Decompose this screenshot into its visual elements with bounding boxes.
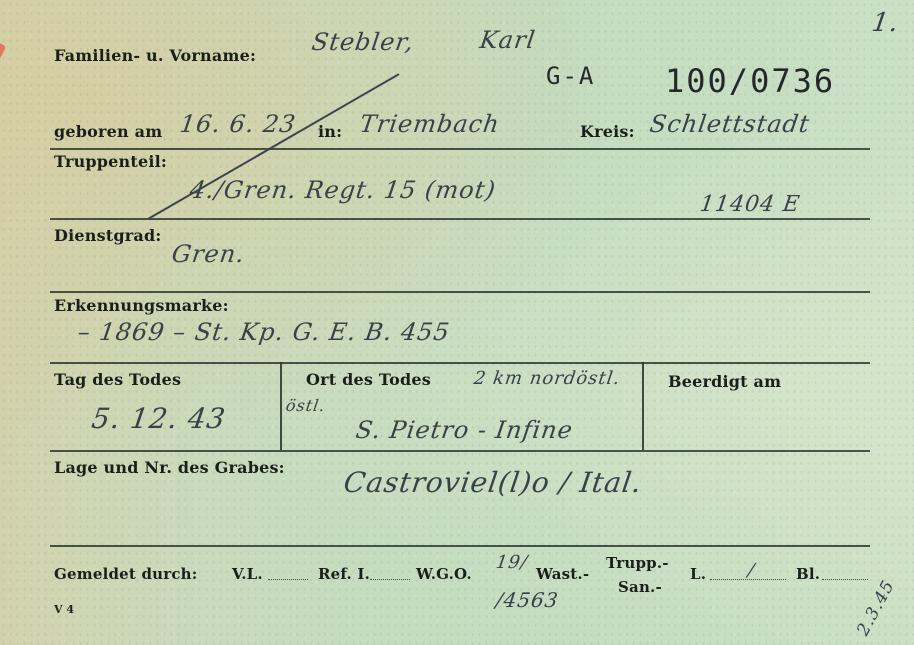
l-label: L.: [690, 565, 706, 583]
column-divider: [642, 362, 644, 450]
form-code: V 4: [54, 603, 74, 616]
rank-label: Dienstgrad:: [54, 226, 161, 245]
divider: [50, 148, 870, 150]
birth-date-value: 16. 6. 23: [178, 110, 298, 138]
district-value: Schlettstadt: [648, 110, 812, 138]
death-place-line1-cont: östl.: [285, 396, 327, 415]
burial-date-label: Beerdigt am: [668, 372, 781, 391]
district-label: Kreis:: [580, 122, 635, 141]
wgo-value-top: 19/: [495, 552, 530, 573]
death-place-label: Ort des Todes: [306, 370, 431, 389]
unit-code: 11404 E: [698, 192, 802, 217]
death-place-line2: S. Pietro - Infine: [354, 416, 575, 444]
vl-label: V.L.: [232, 565, 263, 583]
divider: [50, 218, 870, 220]
surname-value: Stebler,: [310, 28, 416, 56]
column-divider: [280, 362, 282, 450]
death-date-label: Tag des Todes: [54, 370, 181, 389]
divider: [50, 291, 870, 293]
index-card: 1. Familien- u. Vorname: Stebler, Karl G…: [0, 0, 914, 645]
corner-number: 1.: [870, 8, 901, 38]
divider: [50, 450, 870, 452]
wast-label: Wast.-: [536, 565, 589, 583]
death-date-value: 5. 12. 43: [90, 402, 228, 435]
vl-dots: [268, 579, 308, 580]
divider: [50, 362, 870, 364]
birth-date-label: geboren am: [54, 122, 162, 141]
id-tag-label: Erkennungsmarke:: [54, 296, 229, 315]
file-prefix: G-A: [546, 62, 595, 90]
id-tag-value: – 1869 – St. Kp. G. E. B. 455: [76, 318, 452, 346]
birth-place-label: in:: [318, 122, 342, 141]
wgo-value-bottom: /4563: [494, 588, 560, 612]
reported-by-label: Gemeldet durch:: [54, 565, 198, 583]
grave-value: Castroviel(l)o / Ital.: [342, 466, 645, 499]
birth-place-value: Triembach: [358, 110, 502, 138]
unit-label: Truppenteil:: [54, 152, 167, 171]
bl-dots: [822, 579, 868, 580]
divider: [50, 545, 870, 547]
bl-label: Bl.: [796, 565, 820, 583]
file-number: 100/0736: [665, 62, 835, 100]
given-name-value: Karl: [478, 26, 537, 54]
san-label: San.-: [618, 578, 662, 596]
rank-value: Gren.: [170, 240, 247, 268]
name-label: Familien- u. Vorname:: [54, 46, 256, 65]
grave-label: Lage und Nr. des Grabes:: [54, 458, 285, 477]
wgo-label: W.G.O.: [416, 565, 472, 583]
unit-value: 4./Gren. Regt. 15 (mot): [188, 176, 498, 204]
ref-dots: [370, 579, 410, 580]
death-place-line1: 2 km nordöstl.: [473, 368, 622, 389]
trupp-label: Trupp.-: [606, 554, 669, 572]
ref-label: Ref. I.: [318, 565, 370, 583]
